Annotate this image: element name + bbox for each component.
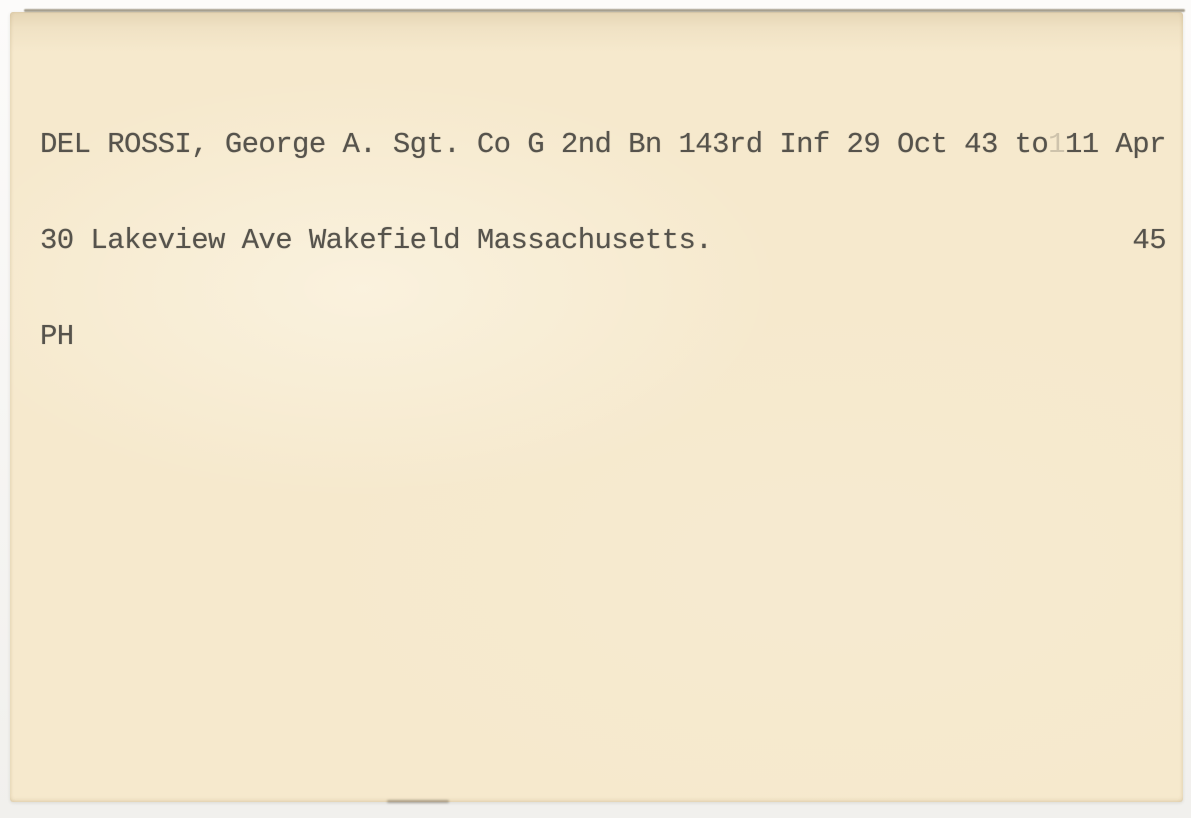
index-card: DEL ROSSI, George A. Sgt. Co G 2nd Bn 14… [10, 12, 1183, 802]
bottom-edge-smudge [387, 800, 449, 803]
service-record-date-text: 11 Apr [1065, 128, 1166, 161]
typed-text-block: DEL ROSSI, George A. Sgt. Co G 2nd Bn 14… [40, 65, 1166, 417]
service-record-text: DEL ROSSI, George A. Sgt. Co G 2nd Bn 14… [40, 128, 1048, 161]
typed-line-address: 30 Lakeview Ave Wakefield Massachusetts.… [40, 225, 1166, 257]
ghost-strike-char: 1 [1048, 128, 1065, 161]
typed-line-service-record: DEL ROSSI, George A. Sgt. Co G 2nd Bn 14… [40, 129, 1166, 161]
scan-background: DEL ROSSI, George A. Sgt. Co G 2nd Bn 14… [0, 0, 1191, 818]
year-fragment: 45 [1132, 225, 1166, 257]
typed-line-award-abbreviation: PH [40, 321, 1166, 353]
card-top-edge-shadow [24, 9, 1185, 12]
address-text: 30 Lakeview Ave Wakefield Massachusetts. [40, 225, 712, 257]
